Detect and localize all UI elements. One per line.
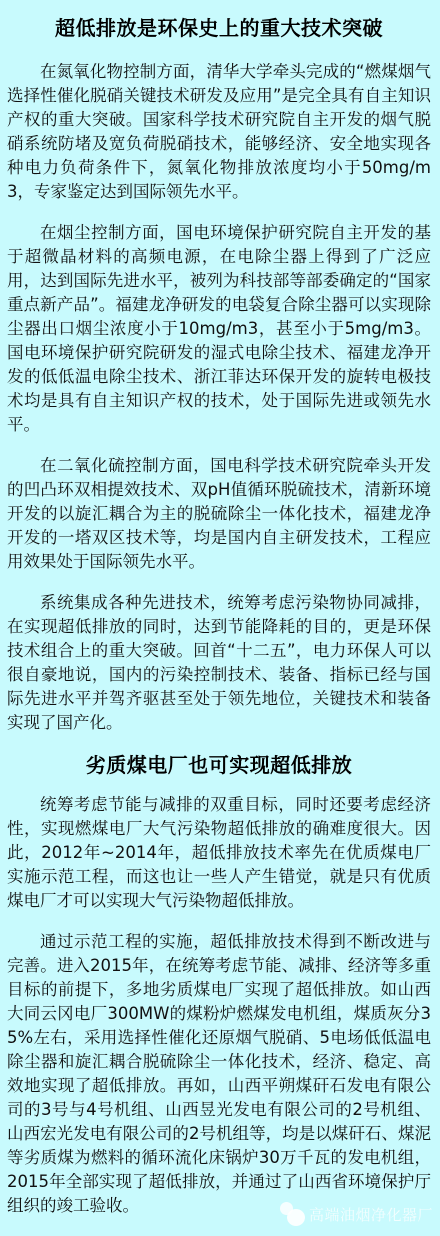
paragraph-system-integration: 系统集成各种先进技术，统筹考虑污染物协同减排，在实现超低排放的同时，达到节能降耗…	[7, 591, 431, 735]
paragraph-nox-control: 在氮氧化物控制方面，清华大学牵头完成的“燃煤烟气选择性催化脱硝关键技术研发及应用…	[7, 60, 431, 204]
watermark-label: 高端油烟净化器厂	[309, 1204, 433, 1225]
article-content: 超低排放是环保史上的重大技术突破 在氮氧化物控制方面，清华大学牵头完成的“燃煤烟…	[0, 0, 440, 1218]
section-1-heading: 超低排放是环保史上的重大技术突破	[7, 15, 431, 41]
bubble-large-shape	[287, 1209, 305, 1226]
article-page: 超低排放是环保史上的重大技术突破 在氮氧化物控制方面，清华大学牵头完成的“燃煤烟…	[0, 0, 440, 1236]
paragraph-dual-goals: 统筹考虑节能与减排的双重目标，同时还要考虑经济性，实现燃煤电厂大气污染物超低排放…	[7, 793, 431, 913]
paragraph-so2-control: 在二氧化硫控制方面，国电科学技术研究院牵头开发的凹凸环双相提效技术、双pH值循环…	[7, 454, 431, 574]
bubbles-logo-icon	[280, 1200, 306, 1228]
watermark: 高端油烟净化器厂	[280, 1200, 433, 1228]
paragraph-demonstration-projects: 通过示范工程的实施，超低排放技术得到不断改进与完善。进入2015年，在统筹考虑节…	[7, 930, 431, 1218]
section-2-heading: 劣质煤电厂也可实现超低排放	[7, 752, 431, 778]
paragraph-dust-control: 在烟尘控制方面，国电环境保护研究院自主开发的基于超微晶材料的高频电源，在电除尘器…	[7, 221, 431, 437]
